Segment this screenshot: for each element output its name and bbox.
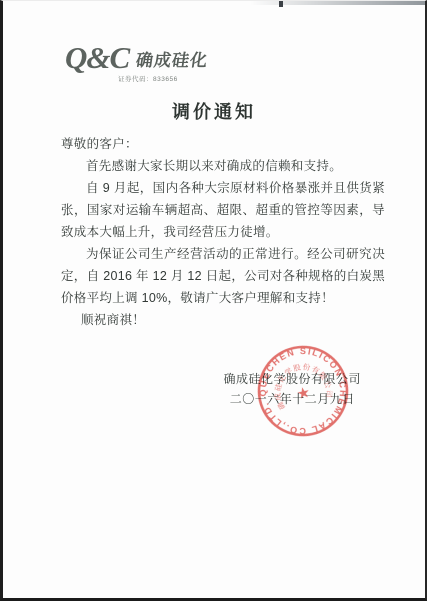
seal-star-icon: ★ bbox=[295, 384, 312, 403]
stock-code-label: 证券代码：833656 bbox=[118, 74, 208, 83]
company-logo-brand: 确成硅化 bbox=[135, 51, 210, 71]
letter-body: 尊敬的客户： 首先感谢大家长期以来对确成的信赖和支持。 自 9 月起，国内各种大… bbox=[61, 133, 385, 331]
salutation: 尊敬的客户： bbox=[61, 133, 385, 155]
company-logo-qc: Q&C bbox=[65, 43, 129, 73]
scan-artifact-tick bbox=[279, 1, 283, 7]
scanned-letter-page: Q&C 确成硅化 证券代码：833656 调价通知 尊敬的客户： 首先感谢大家长… bbox=[0, 0, 427, 601]
paragraph-2: 自 9 月起，国内各种大宗原材料价格暴涨并且供货紧张，国家对运输车辆超高、超限、… bbox=[61, 177, 385, 243]
paragraph-3: 为保证公司生产经营活动的正常进行。经公司研究决定，自 2016 年 12 月 1… bbox=[61, 243, 385, 309]
company-seal: QUECHEN SILICON CHEMICAL CO.,LTD. 确成硅化学股… bbox=[238, 326, 368, 456]
page-title: 调价通知 bbox=[3, 98, 425, 124]
scan-artifact-streak bbox=[250, 1, 425, 5]
letterhead: Q&C 确成硅化 证券代码：833656 bbox=[65, 43, 208, 83]
paragraph-1: 首先感谢大家长期以来对确成的信赖和支持。 bbox=[61, 155, 385, 177]
